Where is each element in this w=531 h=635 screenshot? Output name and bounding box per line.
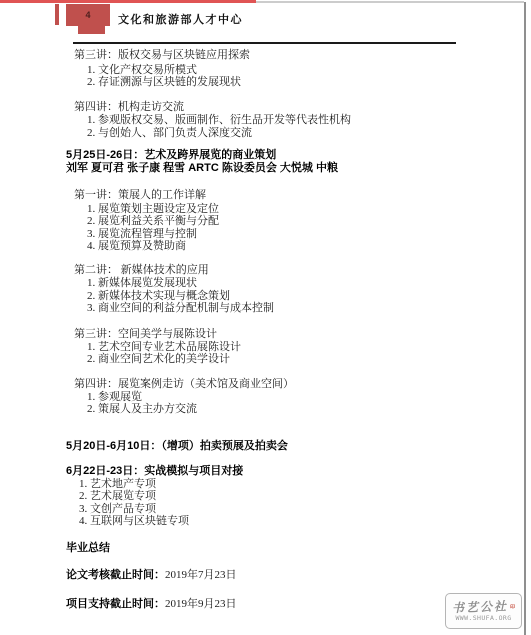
course-item: 1. 新媒体展览发展现状 xyxy=(87,277,197,289)
schedule-heading: 5月20日-6月10日：（增项）拍卖预展及拍卖会 xyxy=(66,440,288,452)
lecture-heading: 第四讲：展览案例走访（美术馆及商业空间） xyxy=(74,378,294,390)
watermark-badge: 书艺公社 印 WWW.SHUFA.ORG xyxy=(445,593,522,629)
header-title: 文化和旅游部人才中心 xyxy=(118,11,243,27)
top-red-accent-line xyxy=(0,0,256,3)
deadline-row: 项目支持截止时间：2019年9月23日 xyxy=(66,598,237,610)
speaker-list: 刘军 夏可君 张子康 程雪 ARTC 陈设委员会 大悦城 中粮 xyxy=(66,162,338,174)
lecture-heading: 第二讲： 新媒体技术的应用 xyxy=(74,264,209,276)
course-item: 3. 文创产品专项 xyxy=(79,503,156,515)
course-item: 2. 与创始人、部门负责人深度交流 xyxy=(87,127,252,139)
page-number-box: 4 xyxy=(66,4,110,26)
deadline-label: 项目支持截止时间： xyxy=(66,598,165,610)
course-item: 1. 艺术空间专业艺术品展陈设计 xyxy=(87,341,241,353)
course-item: 1. 参观版权交易、版画制作、衍生品开发等代表性机构 xyxy=(87,114,351,126)
schedule-heading: 5月25日-26日：艺术及跨界展览的商业策划 xyxy=(66,149,276,161)
watermark-site-name: 书艺公社 印 xyxy=(452,599,514,613)
lecture-heading: 第一讲：策展人的工作详解 xyxy=(74,189,206,201)
course-item: 1. 文化产权交易所模式 xyxy=(87,64,197,76)
course-item: 4. 互联网与区块链专项 xyxy=(79,515,189,527)
lecture-heading: 第三讲：版权交易与区块链应用探索 xyxy=(74,49,250,61)
schedule-heading: 毕业总结 xyxy=(66,542,110,554)
course-item: 2. 存证溯源与区块链的发展现状 xyxy=(87,76,241,88)
schedule-heading: 6月22日-23日：实战模拟与项目对接 xyxy=(66,465,243,477)
course-item: 2. 策展人及主办方交流 xyxy=(87,403,197,415)
course-item: 2. 展览利益关系平衡与分配 xyxy=(87,215,219,227)
header-red-strip xyxy=(55,4,59,25)
page-right-edge-line xyxy=(524,2,526,635)
course-item: 2. 新媒体技术实现与概念策划 xyxy=(87,290,230,302)
deadline-value: 2019年7月23日 xyxy=(165,569,237,581)
watermark-site-url: WWW.SHUFA.ORG xyxy=(455,615,511,622)
header-separator-line xyxy=(73,42,456,44)
watermark-seal-icon: 印 xyxy=(509,603,514,608)
deadline-value: 2019年9月23日 xyxy=(165,598,237,610)
course-item: 1. 参观展览 xyxy=(87,391,142,403)
course-item: 1. 艺术地产专项 xyxy=(79,478,156,490)
page-number-tab xyxy=(78,26,105,34)
top-gray-line xyxy=(256,1,524,3)
watermark-name-text: 书艺公社 xyxy=(452,600,508,614)
course-item: 2. 艺术展览专项 xyxy=(79,490,156,502)
deadline-label: 论文考核截止时间： xyxy=(66,569,165,581)
lecture-heading: 第三讲：空间美学与展陈设计 xyxy=(74,328,217,340)
page-number: 4 xyxy=(85,10,90,20)
deadline-row: 论文考核截止时间：2019年7月23日 xyxy=(66,569,237,581)
course-item: 2. 商业空间艺术化的美学设计 xyxy=(87,353,230,365)
course-item: 1. 展览策划主题设定及定位 xyxy=(87,203,219,215)
course-item: 3. 商业空间的利益分配机制与成本控制 xyxy=(87,302,274,314)
document-page: 4 文化和旅游部人才中心 第三讲：版权交易与区块链应用探索 1. 文化产权交易所… xyxy=(0,0,531,635)
course-item: 4. 展览预算及赞助商 xyxy=(87,240,186,252)
lecture-heading: 第四讲：机构走访交流 xyxy=(74,101,184,113)
course-item: 3. 展览流程管理与控制 xyxy=(87,228,197,240)
